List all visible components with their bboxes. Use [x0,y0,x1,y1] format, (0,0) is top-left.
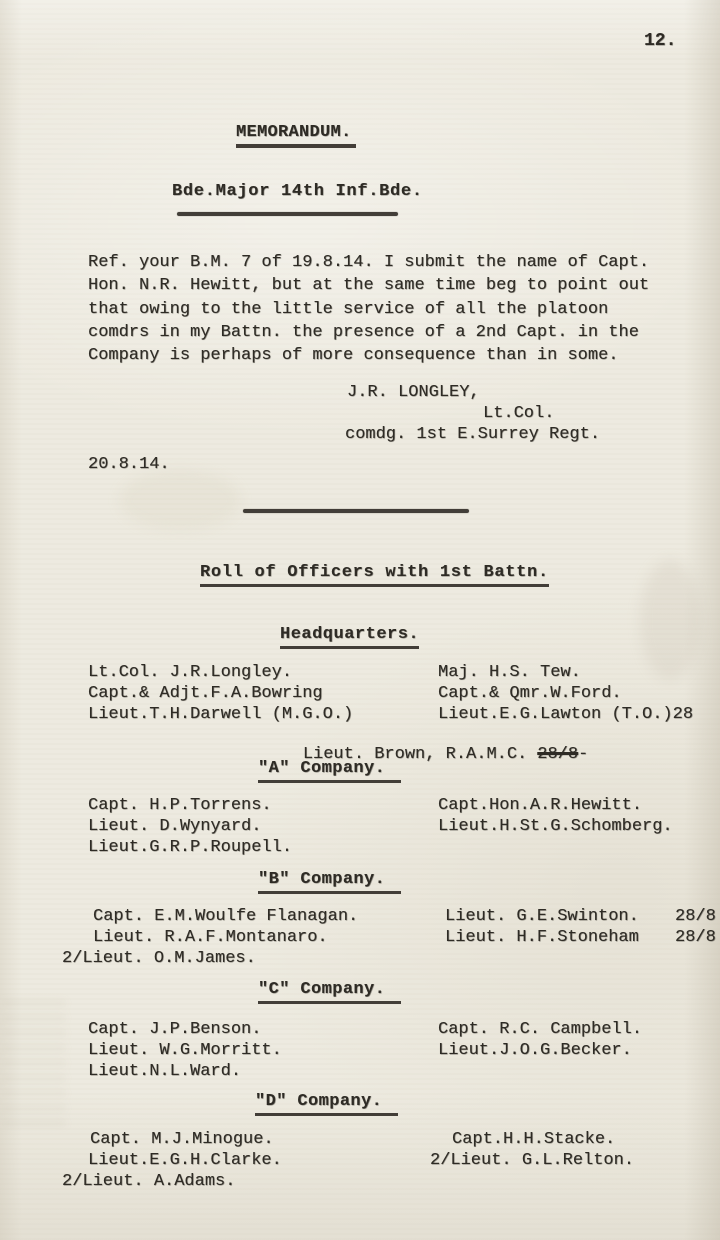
officer-entry: Lieut.T.H.Darwell (M.G.O.) [88,705,353,724]
body-line: comdrs in my Battn. the presence of a 2n… [88,323,649,342]
company-heading-c: "C" Company. [258,980,401,1004]
officer-entry: Lieut. W.G.Morritt. [88,1041,282,1060]
officer-entry: Lieut. R.A.F.Montanaro. [93,928,328,947]
officer-entry: Maj. H.S. Tew. [438,663,581,682]
body-line: Company is perhaps of more consequence t… [88,346,649,365]
officer-entry: Lieut.E.G.H.Clarke. [88,1151,282,1170]
officer-entry: Capt. H.P.Torrens. [88,796,272,815]
bleed-through-smudge [2,1000,66,1130]
body-line: Hon. N.R. Hewitt, but at the same time b… [88,276,649,295]
officer-entry: 2/Lieut. G.L.Relton. [430,1151,634,1170]
body-line: Ref. your B.M. 7 of 19.8.14. I submit th… [88,253,649,272]
officer-entry: Capt.& Qmr.W.Ford. [438,684,622,703]
officer-entry: Lieut.G.R.P.Roupell. [88,838,292,857]
hq-heading: Headquarters. [280,625,419,649]
officer-entry: Capt. J.P.Benson. [88,1020,261,1039]
officer-entry: Lt.Col. J.R.Longley. [88,663,292,682]
paper-stain [120,470,240,530]
memorandum-document-page: 12. MEMORANDUM. Bde.Major 14th Inf.Bde. … [0,0,720,1240]
date-annotation: 28/8 [675,907,716,926]
memo-addressee: Bde.Major 14th Inf.Bde. [172,182,423,201]
signature-name: J.R. LONGLEY, [347,383,480,402]
struck-out-date: 28/8 [537,745,578,764]
officer-entry: Capt.Hon.A.R.Hewitt. [438,796,642,815]
paper-stain [640,560,700,680]
body-line: that owing to the little service of all … [88,300,649,319]
memo-date: 20.8.14. [88,455,170,474]
memo-title: MEMORANDUM. [236,123,356,148]
signature-rank: Lt.Col. [483,404,554,423]
section-divider-rule [243,509,469,513]
company-heading-b: "B" Company. [258,870,401,894]
note-suffix: - [578,745,588,764]
officer-entry: Lieut. D.Wynyard. [88,817,261,836]
memo-body: Ref. your B.M. 7 of 19.8.14. I submit th… [88,253,649,365]
officer-entry: Capt.H.H.Stacke. [452,1130,615,1149]
officer-entry: Lieut.J.O.G.Becker. [438,1041,632,1060]
officer-entry: Lieut.H.St.G.Schomberg. [438,817,673,836]
officer-entry: Lieut.N.L.Ward. [88,1062,241,1081]
addressee-underline-rule [177,212,398,216]
officer-entry: Capt. E.M.Woulfe Flanagan. [93,907,358,926]
company-heading-a: "A" Company. [258,759,401,783]
officer-entry: Capt.& Adjt.F.A.Bowring [88,684,323,703]
company-heading-d: "D" Company. [255,1092,398,1116]
officer-entry: 2/Lieut. O.M.James. [62,949,256,968]
officer-entry: Lieut.E.G.Lawton (T.O.)28 [438,705,693,724]
officer-entry: Capt. M.J.Minogue. [90,1130,274,1149]
officer-entry: Capt. R.C. Campbell. [438,1020,642,1039]
officer-entry: 2/Lieut. A.Adams. [62,1172,235,1191]
signature-role: comdg. 1st E.Surrey Regt. [345,425,600,444]
officer-entry: Lieut. G.E.Swinton. [445,907,639,926]
date-annotation: 28/8 [675,928,716,947]
roll-title: Roll of Officers with 1st Battn. [200,563,549,587]
page-number: 12. [644,31,676,51]
officer-entry: Lieut. H.F.Stoneham [445,928,639,947]
